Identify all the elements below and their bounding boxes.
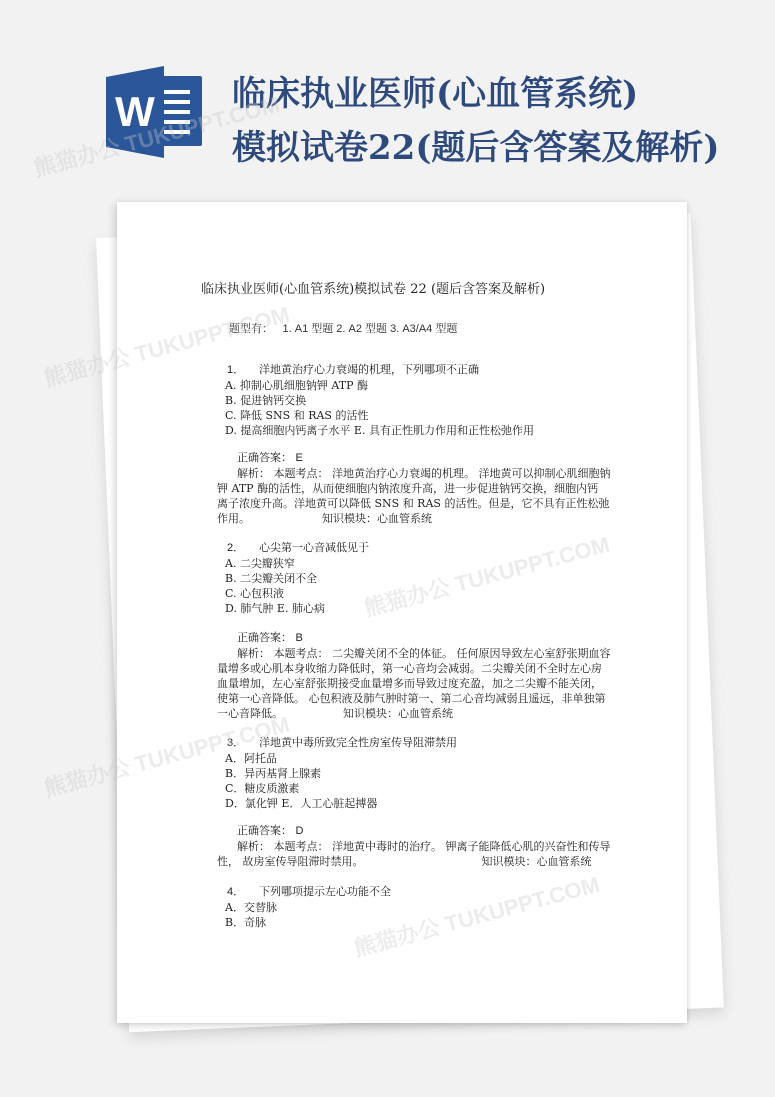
question-stem: 洋地黄治疗心力衰竭的机理，下列哪项不正确 — [259, 363, 479, 376]
option: D. 肺气肿 E. 肺心病 — [225, 601, 625, 616]
option: A. 抑制心肌细胞钠钾 ATP 酶 — [225, 378, 625, 393]
word-icon-cover: W — [106, 66, 164, 158]
question-2: 2．心尖第一心音减低见于 A. 二尖瓣狭窄 B. 二尖瓣关闭不全 C. 心包积液… — [225, 540, 625, 616]
option: A．阿托品 — [225, 751, 625, 766]
answer-2: 正确答案： B 解析： 本题考点： 二尖瓣关闭不全的体征。 任何原因导致左心室舒… — [225, 630, 635, 721]
question-1: 1．洋地黄治疗心力衰竭的机理，下列哪项不正确 A. 抑制心肌细胞钠钾 ATP 酶… — [225, 362, 625, 438]
question-types-list: 1. A1 型题 2. A2 型题 3. A3/A4 型题 — [283, 323, 458, 335]
word-icon-letter: W — [112, 88, 158, 136]
question-types: 题型有： 1. A1 型题 2. A2 型题 3. A3/A4 型题 — [229, 320, 457, 336]
analysis-line: 性， 故房室传导阻滞时禁用。 — [217, 855, 364, 868]
question-stem: 下列哪项提示左心功能不全 — [259, 885, 391, 898]
page-title-line-1: 临床执业医师(心血管系统) — [232, 66, 638, 115]
option: C. 降低 SNS 和 RAS 的活性 — [225, 408, 625, 423]
analysis-line: 钾 ATP 酶的活性，从而使细胞内钠浓度升高，进一步促进钠钙交换，细胞内钙 — [217, 481, 635, 496]
option: A．交替脉 — [225, 900, 625, 915]
answer-label: 正确答案： — [237, 824, 292, 837]
analysis-line: 作用。 — [217, 512, 250, 525]
option: D. 提高细胞内钙离子水平 E. 具有正性肌力作用和正性松弛作用 — [225, 423, 625, 438]
page-title-line-2: 模拟试卷22(题后含答案及解析) — [232, 120, 720, 169]
question-stem: 心尖第一心音减低见于 — [259, 541, 369, 554]
analysis-line: 离子浓度升高。洋地黄可以降低 SNS 和 RAS 的活性。但是，它不具有正性松弛 — [217, 496, 635, 511]
option: C. 心包积液 — [225, 586, 625, 601]
answer-label: 正确答案： — [237, 631, 292, 644]
analysis-line: 量增多或心肌本身收缩力降低时，第一心音均会减弱。二尖瓣关闭不全时左心房 — [217, 661, 635, 676]
question-types-label: 题型有： — [229, 322, 273, 335]
answer-label: 正确答案： — [237, 451, 292, 464]
question-stem: 洋地黄中毒所致完全性房室传导阻滞禁用 — [259, 736, 457, 749]
question-3: 3．洋地黄中毒所致完全性房室传导阻滞禁用 A．阿托品 B．异丙基肾上腺素 C．糖… — [225, 735, 625, 811]
option: D．氯化钾 E．人工心脏起搏器 — [225, 796, 625, 811]
word-document-icon: W — [106, 66, 204, 158]
document-page: 临床执业医师(心血管系统)模拟试卷 22 (题后含答案及解析) 题型有： 1. … — [117, 202, 687, 1023]
knowledge-module: 知识模块：心血管系统 — [482, 854, 592, 869]
header: W 临床执业医师(心血管系统) 模拟试卷22(题后含答案及解析) — [0, 0, 775, 200]
analysis-line: 解析： 本题考点： 洋地黄中毒时的治疗。 钾离子能降低心肌的兴奋性和传导 — [225, 839, 635, 854]
option: B．奇脉 — [225, 915, 625, 930]
question-number: 3． — [225, 736, 259, 751]
knowledge-module: 知识模块：心血管系统 — [343, 706, 453, 721]
analysis-line: 一心音降低。 — [217, 707, 283, 720]
answer-value: D — [296, 825, 304, 837]
document-title: 临床执业医师(心血管系统)模拟试卷 22 (题后含答案及解析) — [201, 278, 545, 297]
analysis-line: 解析： 本题考点： 二尖瓣关闭不全的体征。 任何原因导致左心室舒张期血容 — [225, 646, 635, 661]
answer-1: 正确答案： E 解析： 本题考点： 洋地黄治疗心力衰竭的机理。 洋地黄可以抑制心… — [225, 450, 635, 526]
question-number: 2． — [225, 541, 259, 556]
analysis-line: 使第一心音降低。 心包积液及肺气肿时第一、第二心音均减弱且遥远，非单独第 — [217, 691, 635, 706]
option: B．异丙基肾上腺素 — [225, 766, 625, 781]
option: A. 二尖瓣狭窄 — [225, 556, 625, 571]
question-4: 4．下列哪项提示左心功能不全 A．交替脉 B．奇脉 — [225, 884, 625, 930]
analysis-line: 解析： 本题考点： 洋地黄治疗心力衰竭的机理。 洋地黄可以抑制心肌细胞钠 — [225, 466, 635, 481]
answer-3: 正确答案： D 解析： 本题考点： 洋地黄中毒时的治疗。 钾离子能降低心肌的兴奋… — [225, 823, 635, 869]
question-number: 1． — [225, 363, 259, 378]
option: B. 二尖瓣关闭不全 — [225, 571, 625, 586]
option: C．糖皮质激素 — [225, 781, 625, 796]
analysis-line: 血量增加，左心室舒张期接受血量增多而导致过度充盈，加之二尖瓣不能关闭， — [217, 676, 635, 691]
knowledge-module: 知识模块：心血管系统 — [322, 511, 432, 526]
question-number: 4． — [225, 885, 259, 900]
answer-value: E — [296, 452, 303, 464]
option: B. 促进钠钙交换 — [225, 393, 625, 408]
answer-value: B — [296, 632, 303, 644]
